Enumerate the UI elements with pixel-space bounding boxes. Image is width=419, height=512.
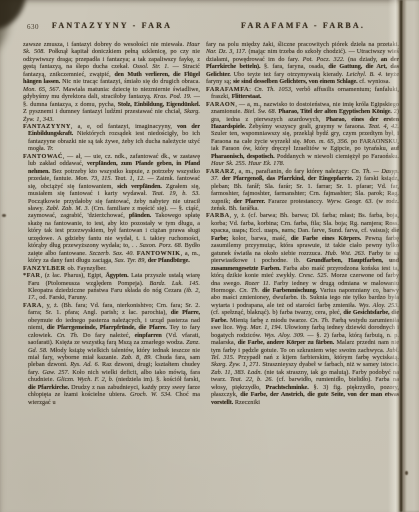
- dictionary-entry: fary na polu między żaki, śliczne pracow…: [206, 41, 399, 86]
- entry-text: kolor, barwa, maść,: [232, 235, 291, 242]
- entry-text: Groch. W. 534.: [130, 391, 176, 398]
- running-head-left: FANTAZYYNY - FARA: [52, 21, 172, 30]
- entry-text: Kras. Pod. 19.: [154, 93, 194, 100]
- entry-text: Cn. Th. 1053,: [254, 86, 296, 93]
- entry-text: Fararze protestanccy.: [268, 198, 326, 205]
- entry-text: Rozer 11.: [245, 280, 274, 287]
- entry-text: (cf. spełznąć, blaknąć). b) farba twarzy…: [211, 309, 343, 316]
- entry-text: Mon. 73, 115. Teat. 1, 12.: [75, 175, 147, 182]
- entry-text: Szczerb. Sax. 40.: [89, 250, 136, 257]
- entry-text: Mon. 65, 567.: [23, 86, 63, 93]
- dictionary-entry: FARBA, y, ż. (cf. barwa; Bh. barwa; Dl. …: [206, 212, 399, 406]
- column-left: zawsze zmusza, i fantazyi dobrey do weso…: [23, 41, 200, 478]
- entry-text: Strasznieyszy dyabeł w farbach, niż w sa…: [262, 361, 399, 368]
- dictionary-entry: FANTAZYYNY, a, e, od fantazyi, imaginacy…: [23, 123, 200, 153]
- entry-headword: FANTAZYYNY: [23, 123, 71, 130]
- running-head: 630 FANTAZYYNY - FARA FARAFAMFA - FARBA.: [0, 21, 399, 34]
- page-edge-highlight: [388, 0, 399, 512]
- entry-text: , (z łac. Pharus), Egipt,: [41, 272, 106, 279]
- entry-text: die Farbe eines Körpers.: [291, 235, 365, 242]
- entry-text: Poddanych w niewoli ciemiężył po Faraońs…: [277, 153, 399, 160]
- entry-text: Ägypten.: [105, 272, 131, 279]
- entry-text: Tr.: [47, 145, 54, 152]
- entry-text: Prachtschminke.: [266, 384, 314, 391]
- entry-text: die Pfarrkirche.: [28, 384, 71, 391]
- entry-text: Zabł. Zab. M. 3.: [46, 205, 91, 212]
- entry-text: Flitterstaat.: [232, 93, 262, 100]
- entry-text: Skarg. Żyw. 1, 271.: [211, 361, 262, 368]
- entry-text: Do fary należeć,: [83, 332, 135, 339]
- text-block: zawsze zmusza, i fantazyi dobrey do weso…: [23, 41, 399, 478]
- entry-text: Rzeczniki: [235, 399, 260, 406]
- entry-text: die Farbe, andere Körper zu färben.: [238, 339, 337, 346]
- entry-text: Gliczn. Wych. F. 2, b.: [57, 376, 116, 383]
- entry-headword: FARA: [23, 302, 42, 309]
- page-number: 630: [27, 23, 39, 31]
- adjacent-page-strip: [403, 0, 419, 512]
- entry-text: Cresc. 525.: [299, 272, 331, 279]
- entry-headword: *FAR: [23, 272, 41, 279]
- entry-text: (na dziady,: [348, 56, 381, 63]
- entry-text: Haur Sk. 255. Haur Ek. 178.: [211, 160, 284, 167]
- entry-text: Bardz. Luk. 145.: [149, 280, 200, 287]
- entry-text: Saxon. Porz. 68.: [140, 242, 185, 249]
- entry-text: Sax. Tyr. 89,: [115, 257, 148, 264]
- entry-text: Biel. Św. 68.: [244, 108, 278, 115]
- entry-text: Ossol. Str. 1.: [133, 63, 173, 70]
- entry-text: od. Farski, Faruny.: [39, 294, 87, 301]
- entry-text: (niedziela im). §. kościół farski,: [116, 376, 200, 383]
- dictionary-entry: FANTOWAĆ, — ał, — uie, cz. ndk., zafanto…: [23, 153, 200, 265]
- entry-text: Leichyl. B. 4.: [346, 71, 385, 78]
- entry-text: einpfarren: [135, 332, 166, 339]
- entry-text: Gaw. 257.: [42, 369, 72, 376]
- entry-headword: FARARZ: [206, 168, 235, 175]
- running-head-right: FARAFAMFA - FARBA.: [241, 21, 365, 30]
- entry-text: Mienią farbę z miodu twarze.: [230, 317, 310, 324]
- entry-text: Z pysznemi i dumney fantazyi ludźmi prze…: [23, 108, 184, 115]
- entry-text: Wyrw. Geogr. 63.: [327, 198, 377, 205]
- entry-text: pfänden.: [129, 212, 155, 219]
- dictionary-entry: FARARZ, a, m., parafianin, do fary które…: [206, 168, 399, 213]
- entry-text: die Pfarre,: [171, 309, 200, 316]
- dictionary-entry: FARA, y, ż. (Bh. fara; Vd. fara, nierkon…: [23, 302, 200, 406]
- entry-text: zawsze zmusza, i fantazyi dobrey do weso…: [23, 41, 187, 48]
- entry-text: Zab. 8, 89.: [121, 354, 155, 361]
- entry-text: Cn. Th.: [239, 287, 262, 294]
- entry-text: Teat. 19, b. 53.: [152, 190, 200, 197]
- entry-text: Cn. Th.: [310, 317, 332, 324]
- entry-text: Pot. Pocz. 322.: [303, 56, 348, 63]
- dictionary-entry: *FAR, (z łac. Pharus), Egipt, Ägypten. L…: [23, 272, 200, 302]
- paper-speck: [405, 471, 408, 475]
- paper-speck: [2, 214, 6, 217]
- entry-headword: FANZYLBER: [23, 265, 66, 272]
- dictionary-entry: FANZYLBER ob. Faynzylber.: [23, 265, 200, 272]
- entry-headword: FANTOWNIK: [137, 250, 181, 257]
- dictionary-entry: FARAON, — a, m., nazwisko to dostoieństw…: [206, 101, 399, 168]
- entry-text: Wys. Aloy. 309.: [264, 332, 307, 339]
- entry-text: , y, ż. (cf. barwa; Bh. barwa; Dl. farba…: [211, 212, 399, 234]
- entry-text: Kleopatra dziedziczne państwa Faru skład…: [28, 287, 184, 294]
- entry-text: fary na polu między żaki, śliczne pracow…: [206, 41, 399, 48]
- entry-text: Hub. Wst. 263.: [325, 250, 368, 257]
- entry-text: Żebyśmy wszyscy grali, graymy w faraona.: [249, 123, 369, 130]
- entry-text: Nic nie tracąc fantazyi, śmiało się do d…: [62, 78, 200, 85]
- entry-text: Ubo teyże też fary otrzymywaią kierady.: [234, 71, 347, 78]
- dictionary-entry: zawsze zmusza, i fantazyi dobrey do weso…: [23, 41, 200, 123]
- scanned-dictionary-page: 630 FANTAZYYNY - FARA FARAFAMFA - FARBA.…: [0, 0, 419, 512]
- entry-text: der Pfandbürge.: [148, 257, 190, 264]
- entry-text: der Pfarrer.: [234, 198, 269, 205]
- entry-text: Pharao, Titel der alten Egyptischen Köni…: [278, 108, 393, 115]
- column-right: fary na polu między żaki, śliczne pracow…: [206, 41, 399, 478]
- entry-text: sie sind desselben Gelichters, von einem…: [233, 78, 359, 85]
- entry-text: §. fara, faryna, osada,: [264, 63, 328, 70]
- entry-headword: FARBA: [206, 212, 230, 219]
- entry-text: ob. Faynzylber.: [66, 265, 107, 272]
- entry-text: , a, e, od fantazyi, imaginacyyny,: [71, 123, 177, 130]
- entry-headword: FARAON: [206, 101, 235, 108]
- entry-text: Wyg. Mar. 1, 194.: [236, 324, 285, 331]
- entry-text: die Farbenmischung.: [262, 287, 320, 294]
- entry-text: Teat. 22, b. 26.: [230, 376, 277, 383]
- dictionary-entry: FARAFAMFA: Cn. Th. 1053, verbô affusilis…: [206, 86, 399, 101]
- entry-text: Przypadł nań z kijem farbierskim, którym…: [238, 354, 399, 361]
- entry-headword: FARAFAMFA: [206, 86, 249, 93]
- entry-text: Rys. Ad. 6.: [70, 361, 102, 368]
- entry-text: Stolz, Einbildung, Eigendünkel.: [118, 101, 200, 108]
- entry-text: cf. wyniosa.: [359, 78, 390, 85]
- entry-text: Nar. Dz. 3, 117.: [206, 48, 248, 55]
- entry-text: der Pfarrgenoß, das Pfarrkind, der Einge…: [222, 175, 356, 182]
- entry-text: sich verpfänden.: [117, 183, 166, 190]
- entry-headword: FANTOWAĆ: [23, 153, 63, 160]
- entry-text: Cn. Th.: [57, 332, 83, 339]
- entry-text: Zab. 11, 383. Ładn.: [211, 369, 264, 376]
- entry-text: Mon. m. 65, 356.: [304, 138, 351, 145]
- entry-text: die Pfarrgemeinde, Pfarrpfründe, die Pfa…: [47, 324, 170, 331]
- entry-text: , a, m., parafianin, do fary którey nale…: [235, 168, 352, 175]
